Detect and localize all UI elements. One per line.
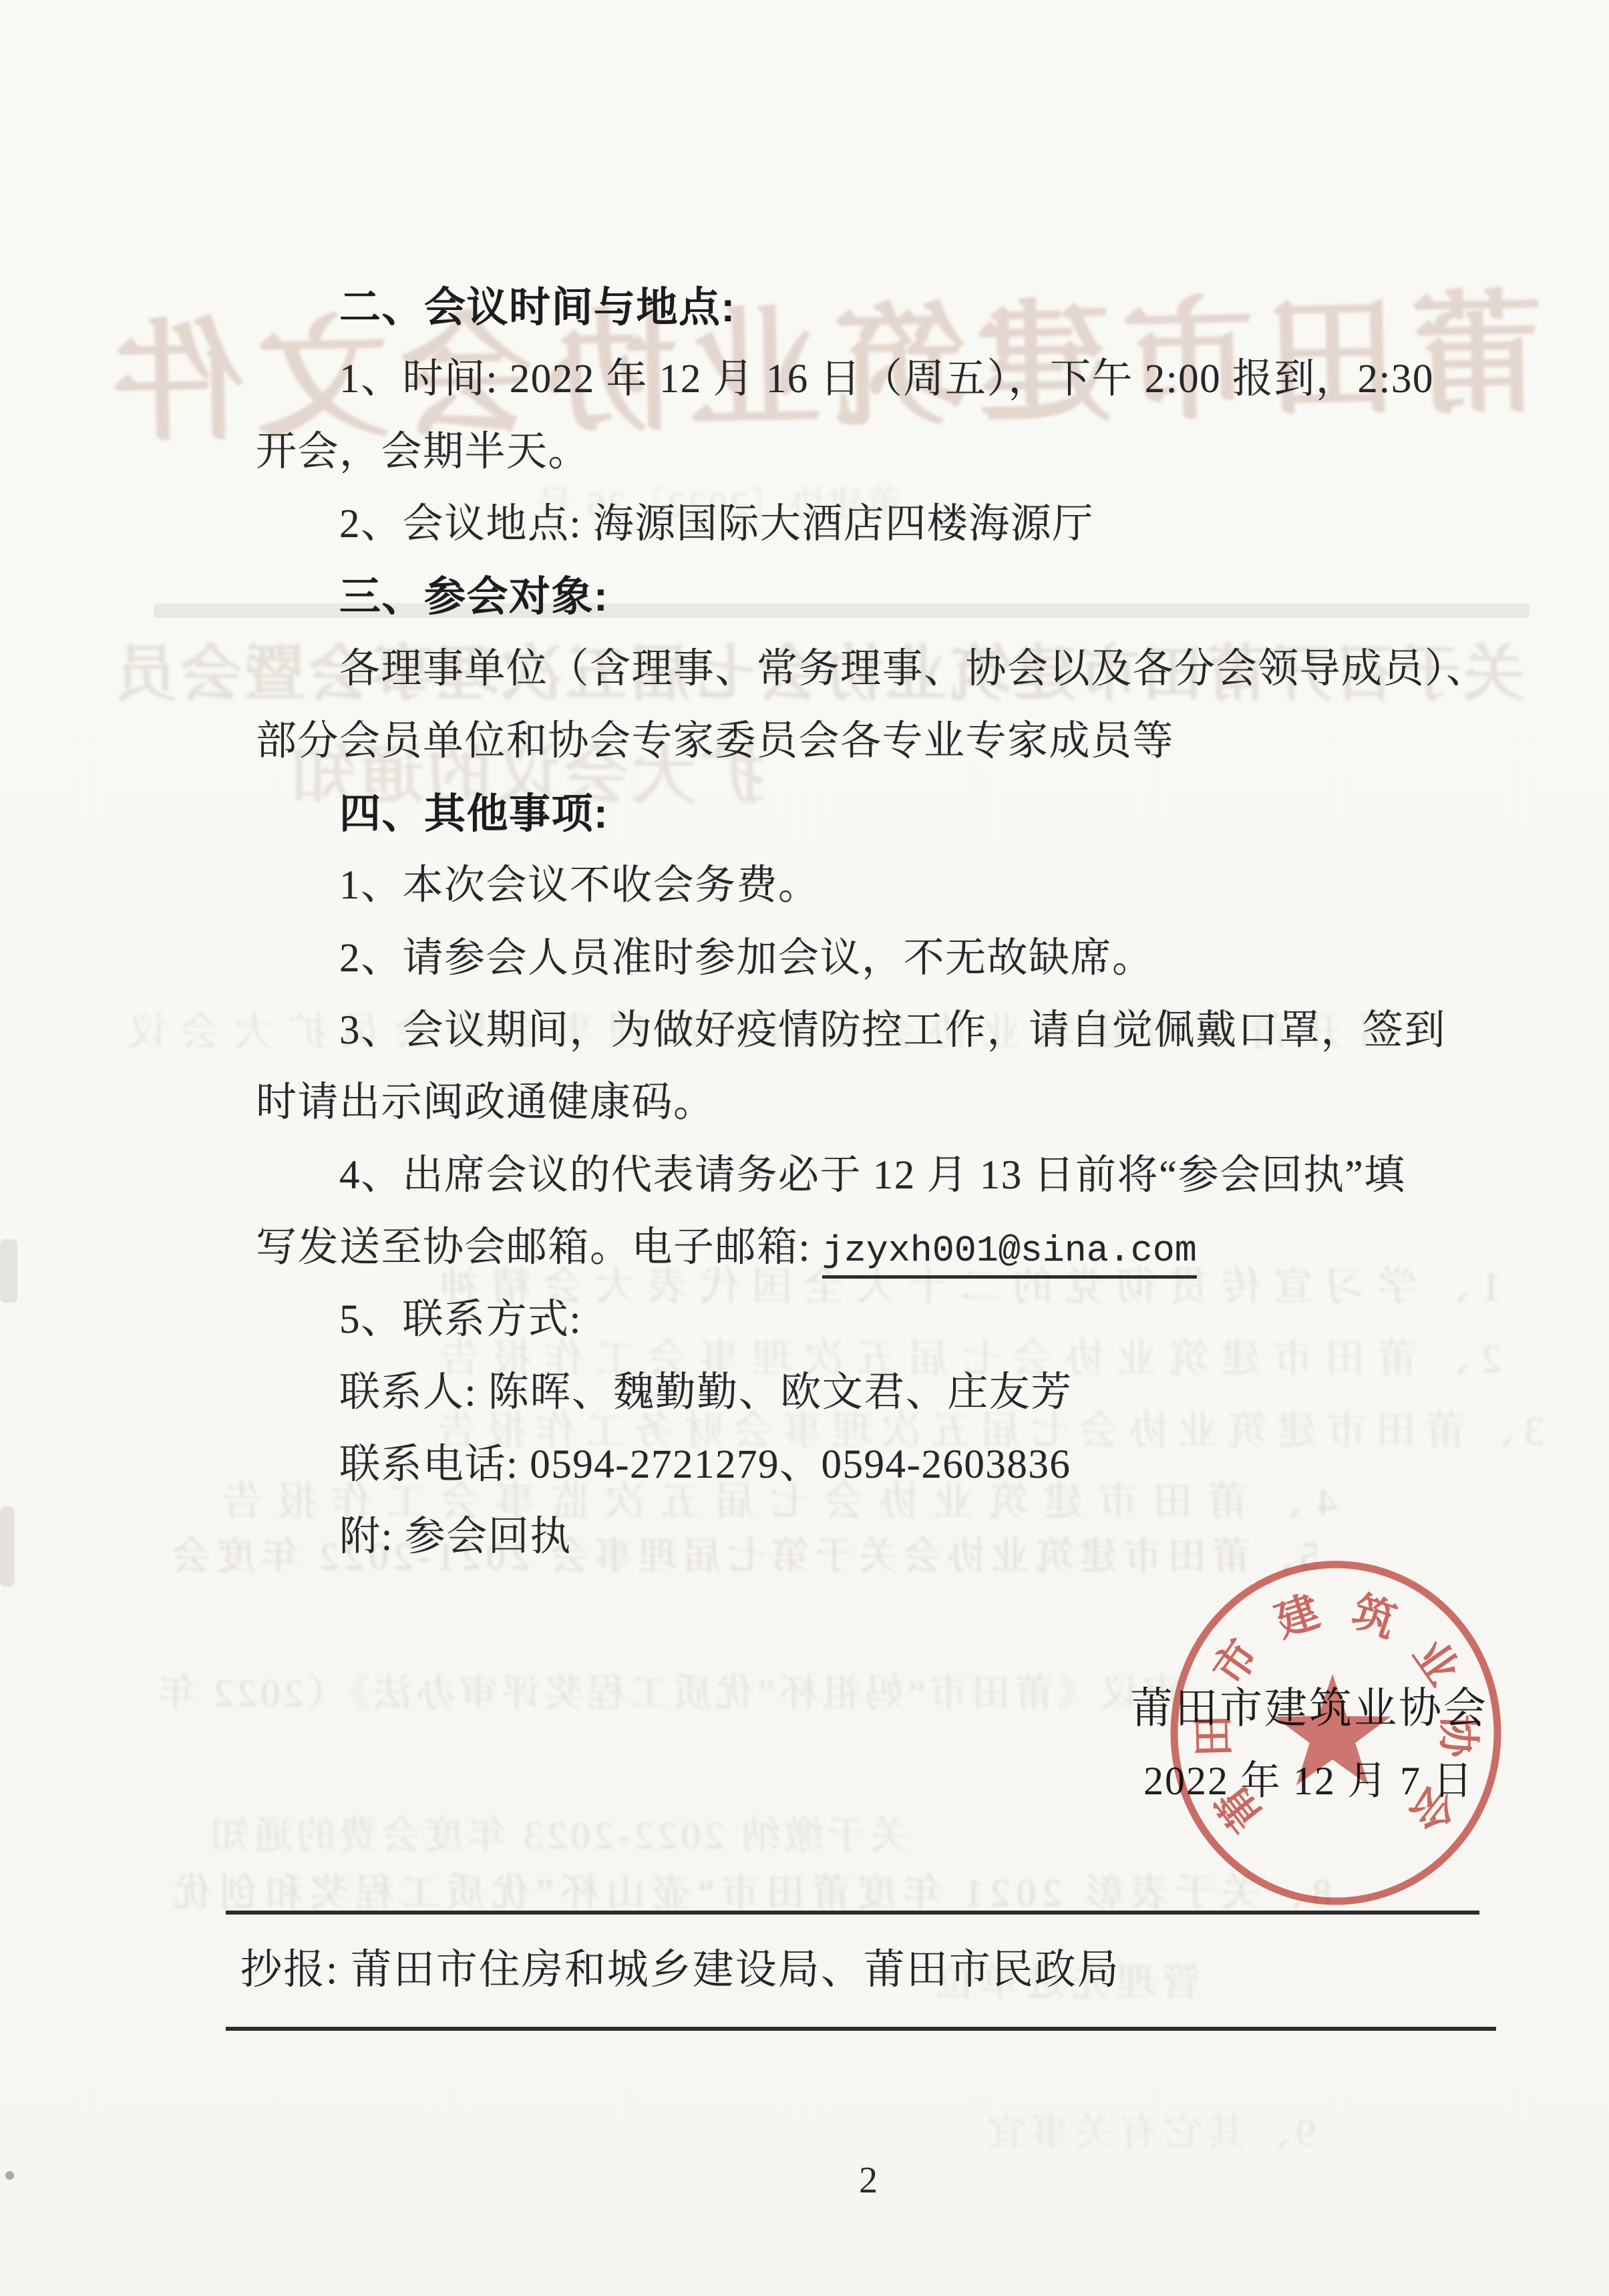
- document-heading-line: 二、会议时间与地点:: [339, 274, 736, 333]
- line-text: 联系人: 陈晖、魏勤勤、欧文君、庄友芳: [339, 1370, 1073, 1415]
- line-text: 各理事单位（含理事、常务理事、协会以及各分会领导成员）、: [339, 647, 1488, 691]
- bleedthrough-line: 8、关于表彰 2021 年度莆田市“壶山杯”优质工程奖和创优: [167, 1861, 1332, 1917]
- seal-ring-char: 市: [1204, 1631, 1268, 1693]
- line-text: 三、参会对象:: [339, 574, 608, 620]
- document-text-line: 附: 参会回执: [339, 1504, 572, 1562]
- document-text-line: 联系电话: 0594-2721279、0594-2603836: [339, 1432, 1071, 1490]
- cc-line: 抄报: 莆田市住房和城乡建设局、莆田市民政局: [240, 1936, 1120, 1995]
- email-address: jzyxh001@sina.com: [822, 1230, 1197, 1279]
- seal-ring-char: 会: [1401, 1777, 1464, 1840]
- document-text-line: 4、出席会议的代表请务必于 12 月 13 日前将“参会回执”填: [339, 1142, 1406, 1200]
- seal-ring-char: 建: [1270, 1587, 1325, 1646]
- document-text-line: 部分会员单位和协会专家委员会各专业专家成员等: [256, 708, 1174, 766]
- seal-ring-char: 协: [1434, 1714, 1483, 1760]
- line-text: 二、会议时间与地点:: [339, 285, 736, 331]
- line-text: 2、会议地点: 海源国际大酒店四楼海源厅: [339, 502, 1094, 546]
- line-text: 联系电话: 0594-2721279、0594-2603836: [339, 1442, 1071, 1487]
- scan-smudge: [0, 1239, 17, 1303]
- seal-star-icon: [1274, 1674, 1391, 1785]
- line-text: 时请出示闽政通健康码。: [256, 1080, 715, 1125]
- line-text: 附: 参会回执: [339, 1514, 572, 1559]
- seal-ring-char: 业: [1404, 1631, 1467, 1693]
- document-text-line: 写发送至协会邮箱。电子邮箱: jzyxh001@sina.com: [256, 1214, 1197, 1273]
- footer-rule-top: [226, 1911, 1479, 1915]
- official-seal: 莆田市建筑业协会: [1166, 1558, 1506, 1905]
- line-text: 3、会议期间，为做好疫情防控工作，请自觉佩戴口罩，签到: [339, 1008, 1446, 1053]
- seal-graphic: 莆田市建筑业协会: [1166, 1558, 1506, 1905]
- document-heading-line: 三、参会对象:: [339, 563, 608, 623]
- document-text-line: 3、会议期间，为做好疫情防控工作，请自觉佩戴口罩，签到: [339, 997, 1446, 1055]
- line-text: 写发送至协会邮箱。电子邮箱:: [256, 1225, 822, 1270]
- line-text: 1、本次会议不收会务费。: [339, 863, 820, 908]
- document-text-line: 1、时间: 2022 年 12 月 16 日（周五），下午 2:00 报到，2:…: [339, 346, 1434, 404]
- document-text-line: 2、请参会人员准时参加会议，不无故缺席。: [339, 925, 1154, 983]
- footer-rule-bottom: [226, 2027, 1496, 2031]
- document-heading-line: 四、其他事项:: [339, 780, 608, 840]
- bleedthrough-line: 9、其它有关事宜: [982, 2101, 1315, 2157]
- bleedthrough-line: 审议《莆田市“妈祖杯”优质工程奖评审办法》（2022 年: [154, 1661, 1182, 1717]
- line-text: 部分会员单位和协会专家委员会各专业专家成员等: [256, 719, 1174, 764]
- line-text: 四、其他事项:: [339, 791, 608, 837]
- document-text-line: 各理事单位（含理事、常务理事、协会以及各分会领导成员）、: [339, 636, 1488, 694]
- document-text-line: 开会，会期半天。: [256, 419, 590, 477]
- document-text-line: 2、会议地点: 海源国际大酒店四楼海源厅: [339, 491, 1094, 549]
- document-text-line: 5、联系方式:: [339, 1287, 582, 1345]
- bleedthrough-line: 关于缴纳 2022-2023 年度会费的通知: [207, 1804, 908, 1860]
- line-text: 4、出席会议的代表请务必于 12 月 13 日前将“参会回执”填: [339, 1153, 1406, 1198]
- page-number: 2: [842, 2159, 895, 2202]
- scanned-document-page: 莆田市建筑业协会文件莆建协〔2022〕36 号关于召开莆田市建筑业协会七届五次理…: [0, 0, 1609, 2296]
- document-text-line: 时请出示闽政通健康码。: [256, 1070, 715, 1128]
- line-text: 5、联系方式:: [339, 1297, 582, 1342]
- document-text-line: 1、本次会议不收会务费。: [339, 852, 820, 911]
- document-text-line: 联系人: 陈晖、魏勤勤、欧文君、庄友芳: [339, 1359, 1073, 1418]
- line-text: 开会，会期半天。: [256, 430, 590, 474]
- seal-ring-char: 莆: [1208, 1777, 1271, 1840]
- line-text: 1、时间: 2022 年 12 月 16 日（周五），下午 2:00 报到，2:…: [339, 357, 1434, 401]
- line-text: 2、请参会人员准时参加会议，不无故缺席。: [339, 936, 1154, 981]
- seal-ring-char: 田: [1190, 1714, 1238, 1758]
- scan-speck: [5, 2171, 14, 2180]
- scan-smudge: [0, 1506, 15, 1587]
- seal-ring-char: 筑: [1347, 1587, 1402, 1646]
